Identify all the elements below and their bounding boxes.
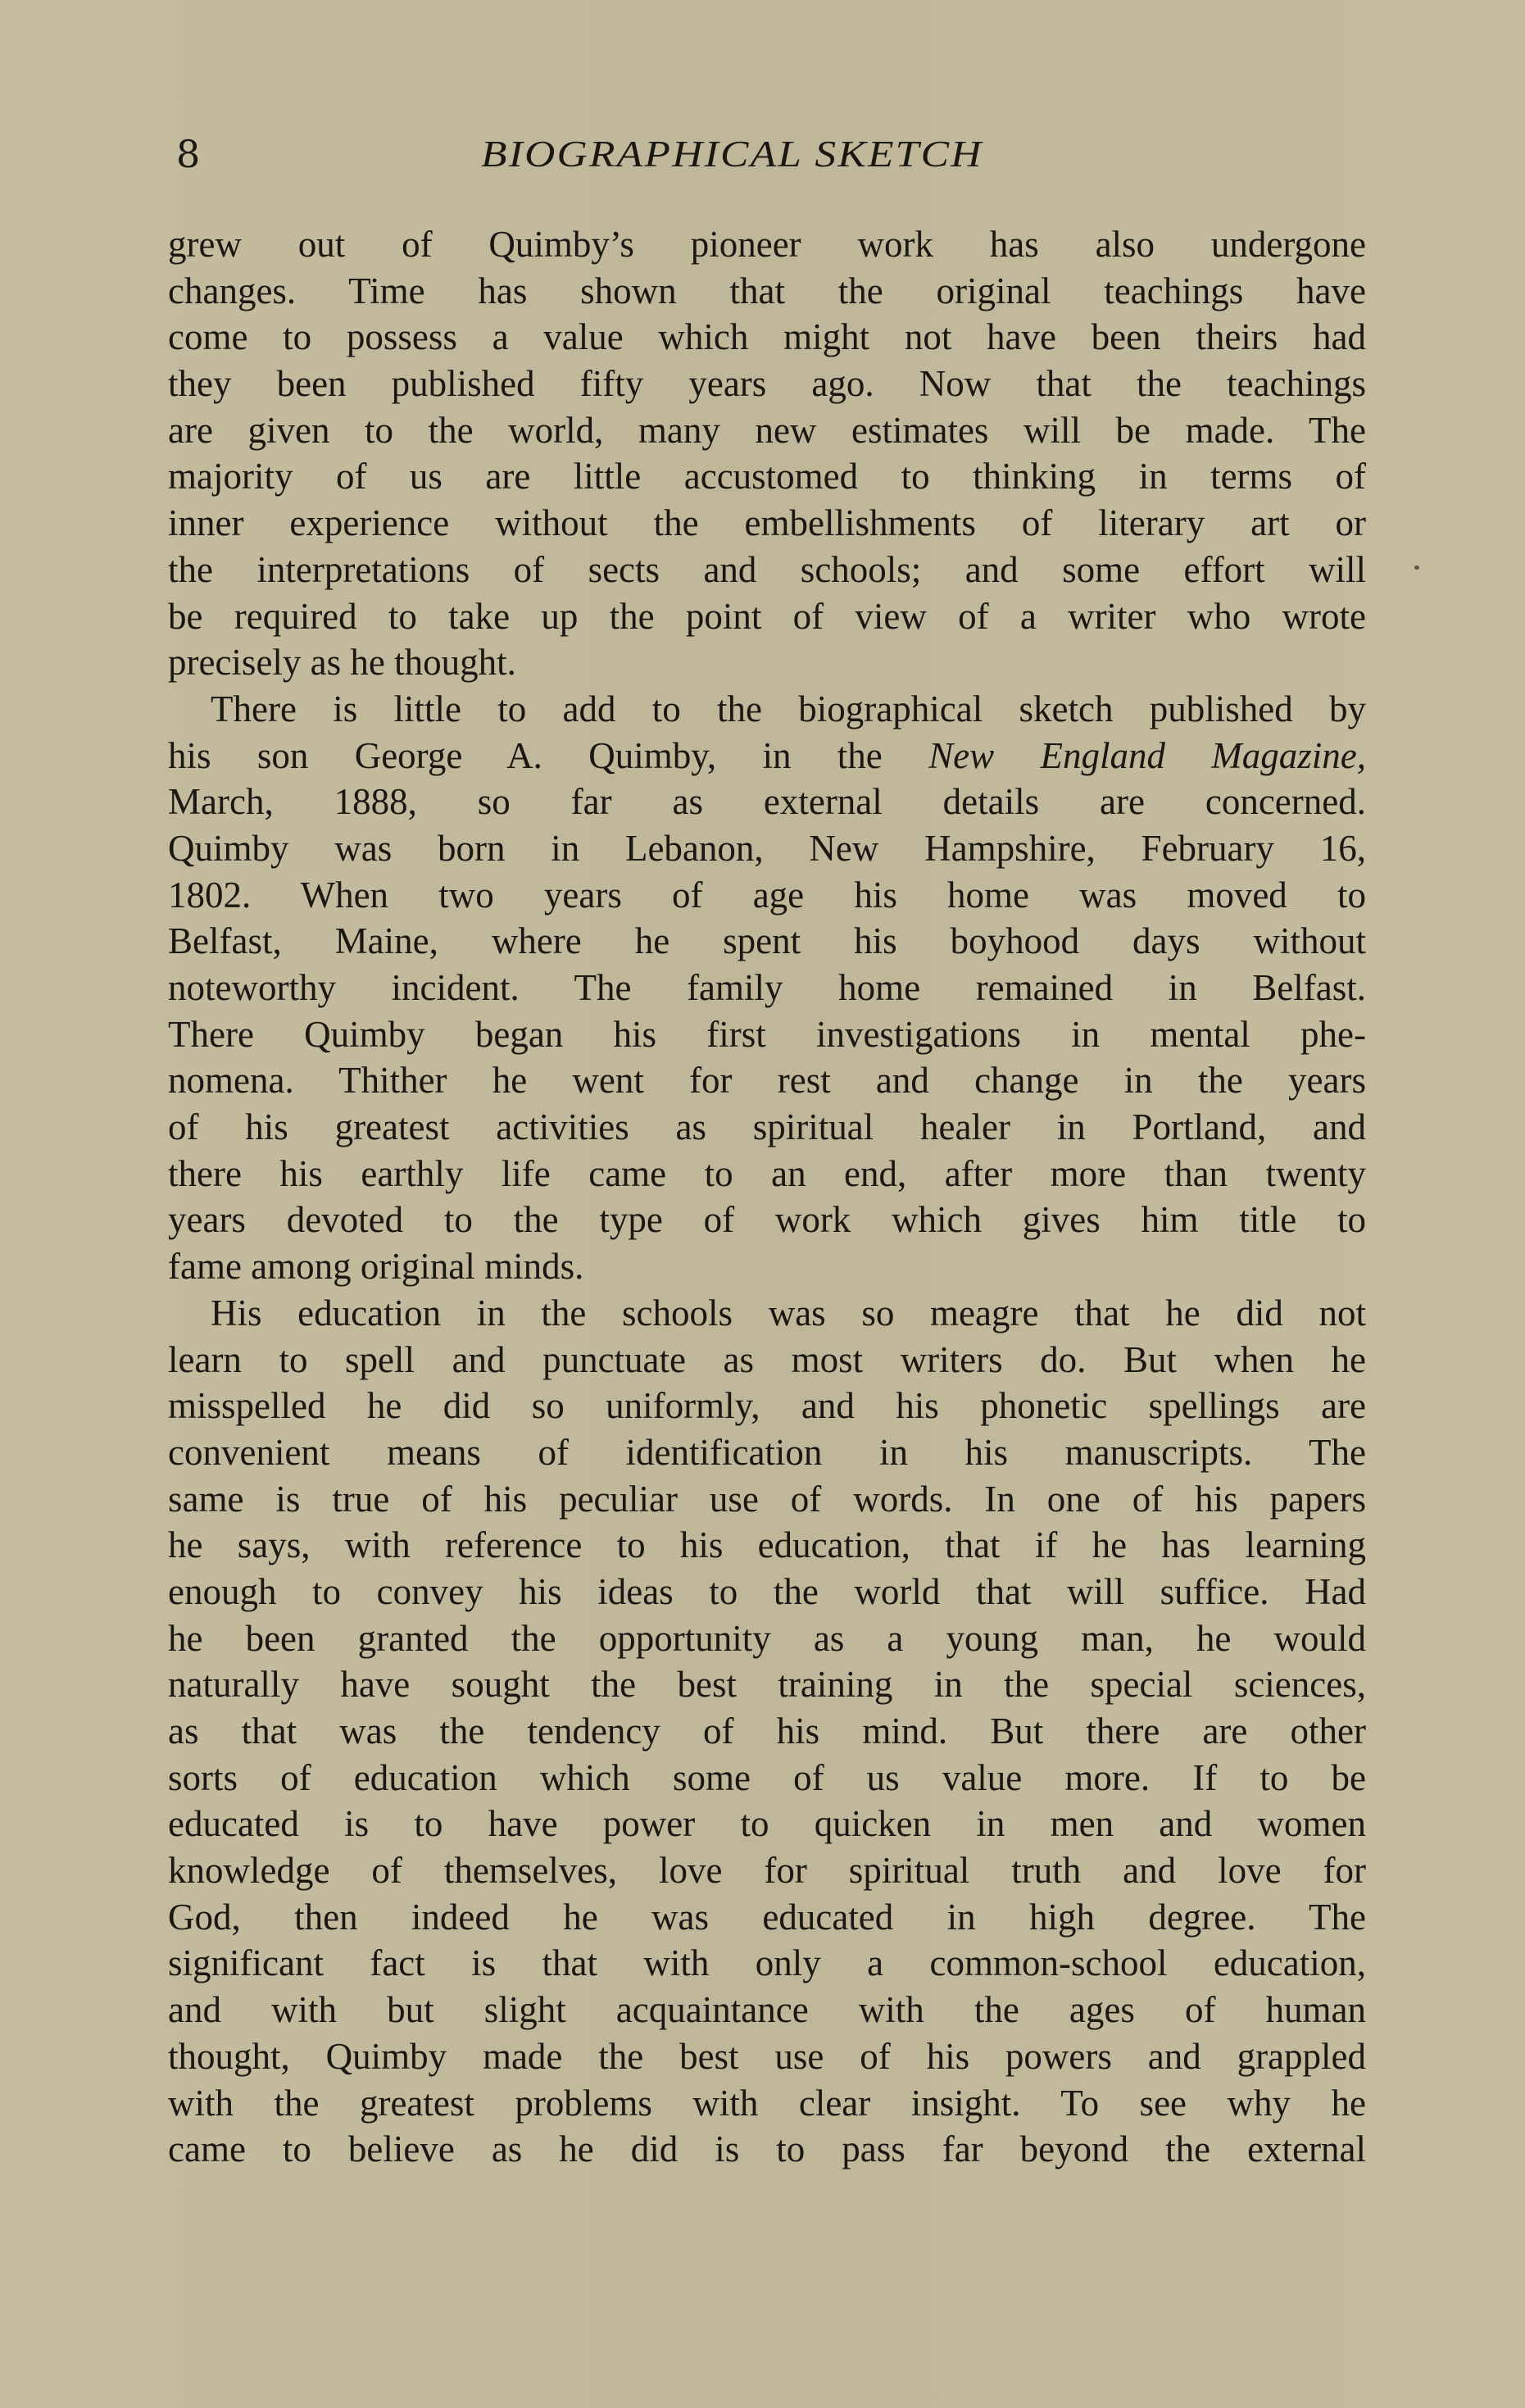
running-head: 8 BIOGRAPHICAL SKETCH <box>168 123 1366 180</box>
text-line: enough to convey his ideas to the world … <box>168 1569 1366 1615</box>
text-line: be required to take up the point of view… <box>168 593 1366 640</box>
text-line: convenient means of identification in hi… <box>168 1429 1366 1476</box>
text-line: Belfast, Maine, where he spent his boyho… <box>168 918 1366 965</box>
text-line: of his greatest activities as spiritual … <box>168 1104 1366 1151</box>
text-line: come to possess a value which might not … <box>168 314 1366 361</box>
text-line: knowledge of themselves, love for spirit… <box>168 1847 1366 1894</box>
text-line: as that was the tendency of his mind. Bu… <box>168 1708 1366 1755</box>
text-line: significant fact is that with only a com… <box>168 1940 1366 1987</box>
text-line: the interpretations of sects and schools… <box>168 547 1366 593</box>
body-text: grew out of Quimby’s pioneer work has al… <box>168 221 1366 2173</box>
page-number: 8 <box>176 129 200 179</box>
text-line: precisely as he thought. <box>168 639 1366 686</box>
text-line: changes. Time has shown that the origina… <box>168 268 1366 315</box>
text-line: noteworthy incident. The family home rem… <box>168 965 1366 1011</box>
text-line: There is little to add to the biographic… <box>168 686 1366 733</box>
text-line: learn to spell and punctuate as most wri… <box>168 1337 1366 1383</box>
book-page: 8 BIOGRAPHICAL SKETCH grew out of Quimby… <box>0 0 1525 2408</box>
text-line: they been published fifty years ago. Now… <box>168 361 1366 407</box>
text-line: with the greatest problems with clear in… <box>168 2080 1366 2127</box>
text-line: majority of us are little accustomed to … <box>168 453 1366 500</box>
paper-speck <box>1414 566 1419 570</box>
text-line: misspelled he did so uniformly, and his … <box>168 1383 1366 1429</box>
text-line: sorts of education which some of us valu… <box>168 1755 1366 1801</box>
text-line: came to believe as he did is to pass far… <box>168 2126 1366 2173</box>
running-title: BIOGRAPHICAL SKETCH <box>481 129 983 179</box>
text-line: there his earthly life came to an end, a… <box>168 1151 1366 1197</box>
text-line: educated is to have power to quicken in … <box>168 1801 1366 1847</box>
text-line: he been granted the opportunity as a you… <box>168 1615 1366 1662</box>
magazine-title: New England Magazine, <box>928 735 1366 776</box>
text-line: years devoted to the type of work which … <box>168 1197 1366 1243</box>
text-line: God, then indeed he was educated in high… <box>168 1894 1366 1941</box>
text-line: are given to the world, many new estimat… <box>168 407 1366 454</box>
text-line: Quimby was born in Lebanon, New Hampshir… <box>168 825 1366 872</box>
text-line: same is true of his peculiar use of word… <box>168 1476 1366 1523</box>
text-line: nomena. Thither he went for rest and cha… <box>168 1057 1366 1104</box>
text-line: naturally have sought the best training … <box>168 1661 1366 1708</box>
text-line: and with but slight acquaintance with th… <box>168 1987 1366 2033</box>
text-run: his son George A. Quimby, in the <box>168 735 928 776</box>
text-line: 1802. When two years of age his home was… <box>168 872 1366 919</box>
text-line: March, 1888, so far as external details … <box>168 779 1366 825</box>
text-line: grew out of Quimby’s pioneer work has al… <box>168 221 1366 268</box>
text-line-with-italic: his son George A. Quimby, in the New Eng… <box>168 733 1366 779</box>
text-line: fame among original minds. <box>168 1243 1366 1290</box>
text-line: thought, Quimby made the best use of his… <box>168 2033 1366 2080</box>
text-line: His education in the schools was so meag… <box>168 1290 1366 1337</box>
text-line: inner experience without the embellishme… <box>168 500 1366 547</box>
text-line: he says, with reference to his education… <box>168 1522 1366 1569</box>
text-line: There Quimby began his first investigati… <box>168 1011 1366 1058</box>
